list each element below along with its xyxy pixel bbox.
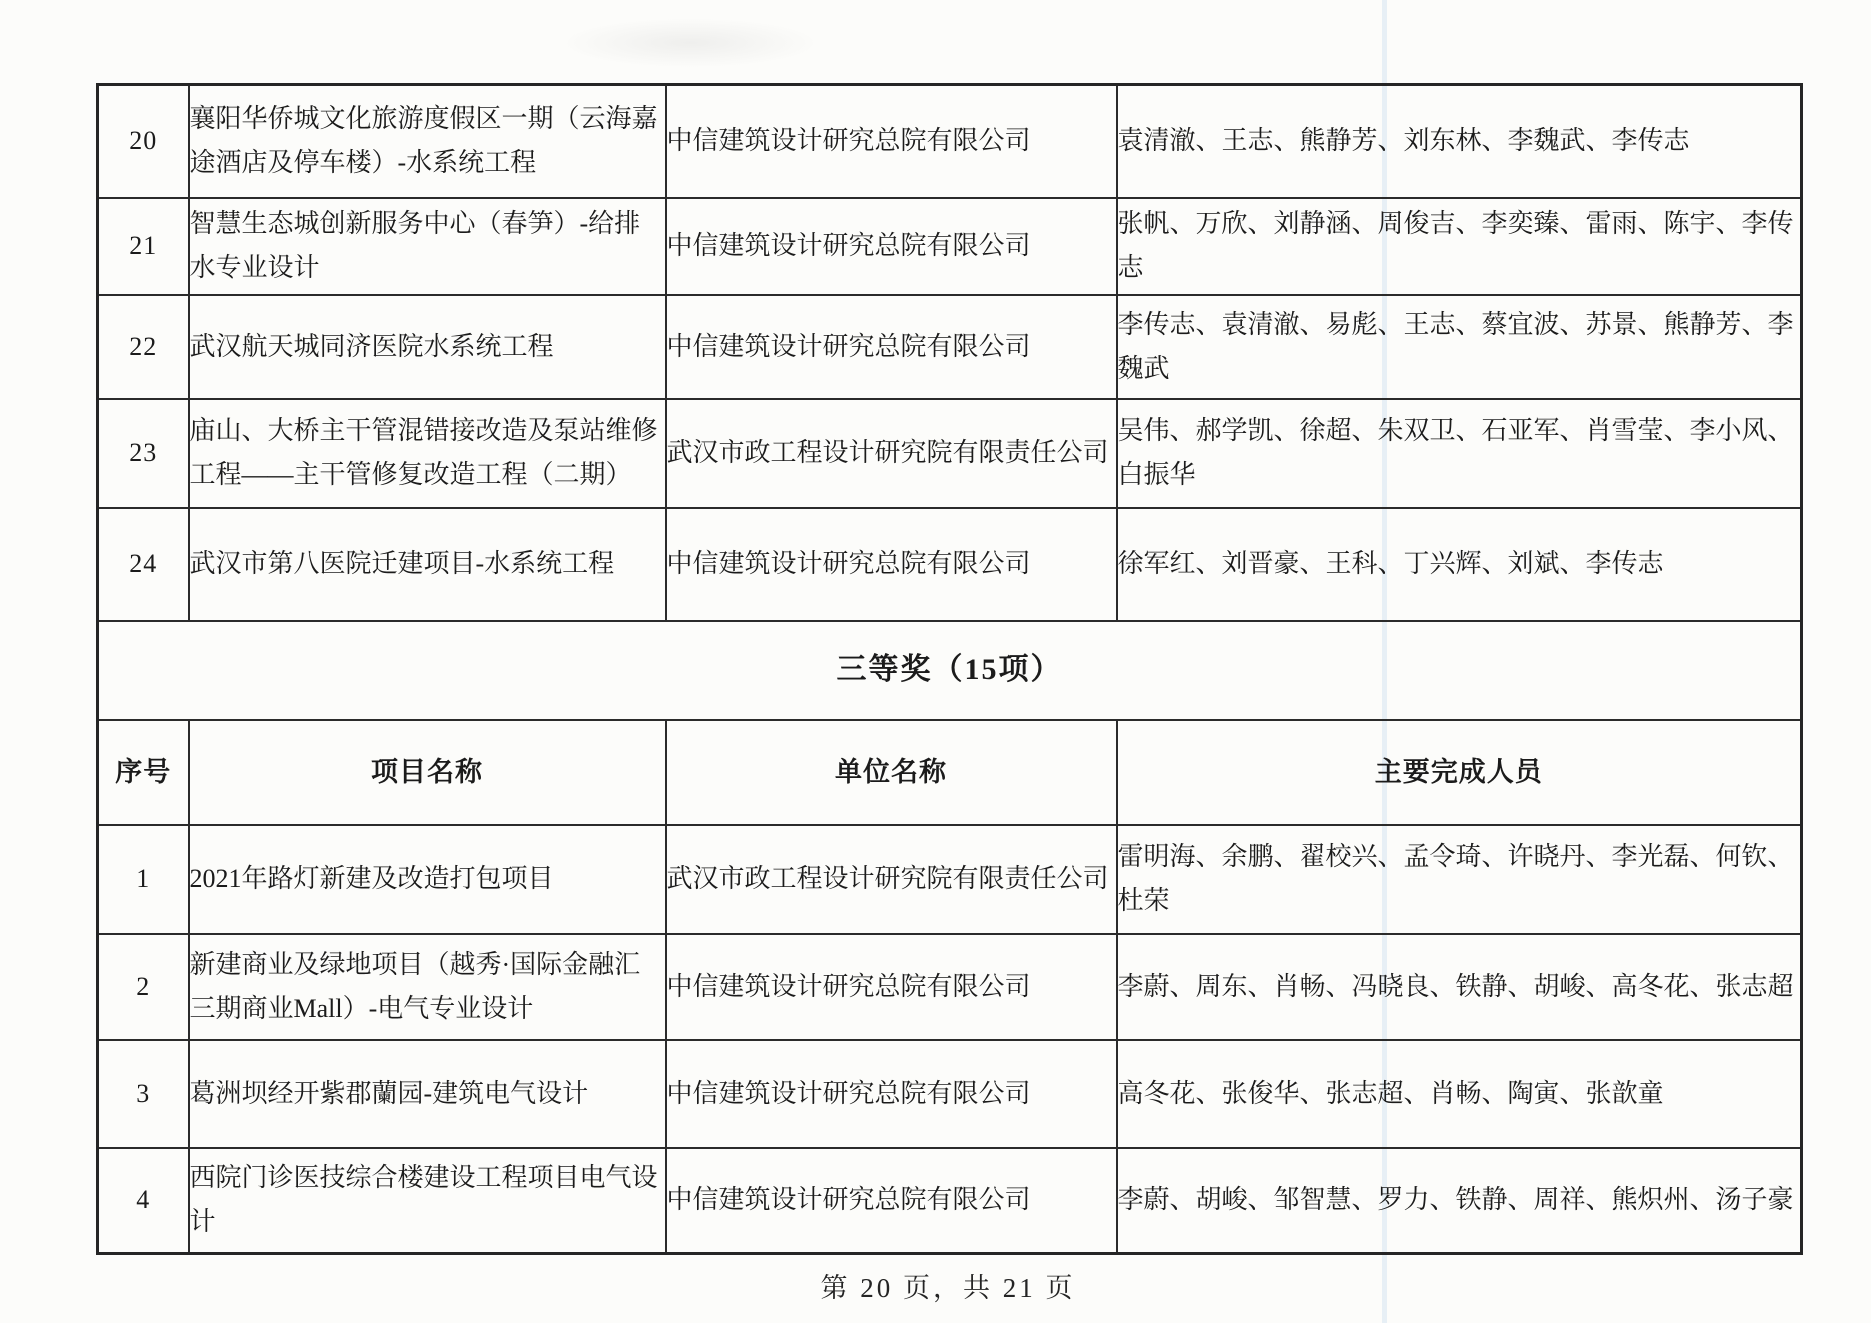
project-cell: 西院门诊医技综合楼建设工程项目电气设计 <box>189 1148 666 1254</box>
project-cell: 武汉市第八医院迁建项目-水系统工程 <box>189 508 666 621</box>
serial-cell: 23 <box>98 399 189 508</box>
serial-cell: 24 <box>98 508 189 621</box>
table-row: 2 新建商业及绿地项目（越秀·国际金融汇三期商业Mall）-电气专业设计 中信建… <box>98 934 1802 1040</box>
table-row: 23 庙山、大桥主干管混错接改造及泵站维修工程——主干管修复改造工程（二期） 武… <box>98 399 1802 508</box>
page-number-text: 第 20 页，共 21 页 <box>821 1273 1076 1303</box>
header-cell-org: 单位名称 <box>666 720 1117 825</box>
serial-cell: 1 <box>98 825 189 934</box>
serial-cell: 20 <box>98 85 189 198</box>
project-cell: 2021年路灯新建及改造打包项目 <box>189 825 666 934</box>
project-cell: 武汉航天城同济医院水系统工程 <box>189 295 666 399</box>
header-cell-people: 主要完成人员 <box>1117 720 1802 825</box>
project-cell: 智慧生态城创新服务中心（春笋）-给排水专业设计 <box>189 198 666 295</box>
org-cell: 中信建筑设计研究总院有限公司 <box>666 1148 1117 1254</box>
org-cell: 中信建筑设计研究总院有限公司 <box>666 934 1117 1040</box>
org-cell: 武汉市政工程设计研究院有限责任公司 <box>666 399 1117 508</box>
scan-smudge-artifact <box>560 18 820 68</box>
org-cell: 中信建筑设计研究总院有限公司 <box>666 295 1117 399</box>
org-cell: 武汉市政工程设计研究院有限责任公司 <box>666 825 1117 934</box>
table-row: 20 襄阳华侨城文化旅游度假区一期（云海嘉途酒店及停车楼）-水系统工程 中信建筑… <box>98 85 1802 198</box>
awards-table: 20 襄阳华侨城文化旅游度假区一期（云海嘉途酒店及停车楼）-水系统工程 中信建筑… <box>96 83 1803 1255</box>
project-cell: 庙山、大桥主干管混错接改造及泵站维修工程——主干管修复改造工程（二期） <box>189 399 666 508</box>
table-row: 22 武汉航天城同济医院水系统工程 中信建筑设计研究总院有限公司 李传志、袁清澈… <box>98 295 1802 399</box>
people-cell: 李蔚、胡峻、邹智慧、罗力、铁静、周祥、熊炽州、汤子豪 <box>1117 1148 1802 1254</box>
org-cell: 中信建筑设计研究总院有限公司 <box>666 198 1117 295</box>
org-cell: 中信建筑设计研究总院有限公司 <box>666 508 1117 621</box>
document-page: 20 襄阳华侨城文化旅游度假区一期（云海嘉途酒店及停车楼）-水系统工程 中信建筑… <box>0 0 1871 1323</box>
serial-cell: 4 <box>98 1148 189 1254</box>
column-header-row: 序号 项目名称 单位名称 主要完成人员 <box>98 720 1802 825</box>
serial-cell: 21 <box>98 198 189 295</box>
serial-cell: 22 <box>98 295 189 399</box>
serial-cell: 3 <box>98 1040 189 1148</box>
section-title: 三等奖（15项） <box>98 621 1802 720</box>
org-cell: 中信建筑设计研究总院有限公司 <box>666 1040 1117 1148</box>
people-cell: 雷明海、余鹏、翟校兴、孟令琦、许晓丹、李光磊、何钦、杜荣 <box>1117 825 1802 934</box>
table-row: 3 葛洲坝经开紫郡蘭园-建筑电气设计 中信建筑设计研究总院有限公司 高冬花、张俊… <box>98 1040 1802 1148</box>
people-cell: 吴伟、郝学凯、徐超、朱双卫、石亚军、肖雪莹、李小风、白振华 <box>1117 399 1802 508</box>
project-cell: 葛洲坝经开紫郡蘭园-建筑电气设计 <box>189 1040 666 1148</box>
people-cell: 袁清澈、王志、熊静芳、刘东林、李魏武、李传志 <box>1117 85 1802 198</box>
table-row: 4 西院门诊医技综合楼建设工程项目电气设计 中信建筑设计研究总院有限公司 李蔚、… <box>98 1148 1802 1254</box>
serial-cell: 2 <box>98 934 189 1040</box>
people-cell: 徐军红、刘晋豪、王科、丁兴辉、刘斌、李传志 <box>1117 508 1802 621</box>
page-footer: 第 20 页，共 21 页 <box>96 1266 1800 1305</box>
project-cell: 新建商业及绿地项目（越秀·国际金融汇三期商业Mall）-电气专业设计 <box>189 934 666 1040</box>
table-row: 24 武汉市第八医院迁建项目-水系统工程 中信建筑设计研究总院有限公司 徐军红、… <box>98 508 1802 621</box>
project-cell: 襄阳华侨城文化旅游度假区一期（云海嘉途酒店及停车楼）-水系统工程 <box>189 85 666 198</box>
header-cell-project: 项目名称 <box>189 720 666 825</box>
table-row: 21 智慧生态城创新服务中心（春笋）-给排水专业设计 中信建筑设计研究总院有限公… <box>98 198 1802 295</box>
header-cell-serial: 序号 <box>98 720 189 825</box>
people-cell: 张帆、万欣、刘静涵、周俊吉、李奕臻、雷雨、陈宇、李传志 <box>1117 198 1802 295</box>
people-cell: 李传志、袁清澈、易彪、王志、蔡宜波、苏景、熊静芳、李魏武 <box>1117 295 1802 399</box>
org-cell: 中信建筑设计研究总院有限公司 <box>666 85 1117 198</box>
people-cell: 高冬花、张俊华、张志超、肖畅、陶寅、张歆童 <box>1117 1040 1802 1148</box>
section-header-row: 三等奖（15项） <box>98 621 1802 720</box>
people-cell: 李蔚、周东、肖畅、冯晓良、铁静、胡峻、高冬花、张志超 <box>1117 934 1802 1040</box>
table-row: 1 2021年路灯新建及改造打包项目 武汉市政工程设计研究院有限责任公司 雷明海… <box>98 825 1802 934</box>
